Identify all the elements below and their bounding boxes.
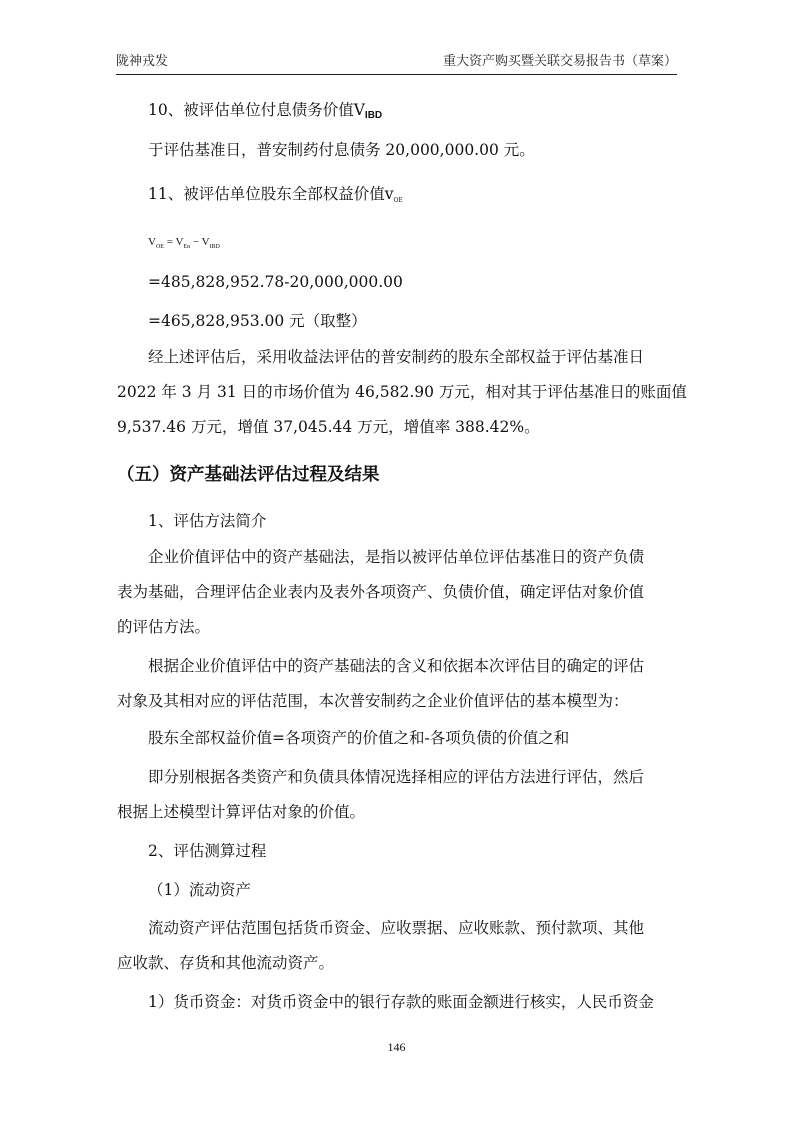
subheading-1: 1、评估方法简介 xyxy=(148,511,266,531)
para1-line-1: 企业价值评估中的资产基础法，是指以被评估单位评估基准日的资产负债 xyxy=(148,547,644,567)
header-report-title: 重大资产购买暨关联交易报告书（草案） xyxy=(443,52,677,72)
section-heading: （五）资产基础法评估过程及结果 xyxy=(117,463,380,487)
para3-line-2: 根据上述模型计算评估对象的价值。 xyxy=(117,802,365,822)
summary-line-1: 经上述评估后，采用收益法评估的普安制药的股东全部权益于评估基准日 xyxy=(148,347,644,367)
para2-line-1: 根据企业价值评估中的资产基础法的含义和依据本次评估目的确定的评估 xyxy=(148,656,644,676)
para1-line-2: 表为基础，合理评估企业表内及表外各项资产、负债价值，确定评估对象价值 xyxy=(117,582,644,602)
item10-text: 于评估基准日，普安制药付息债务 20,000,000.00 元。 xyxy=(148,140,535,160)
summary-line-2: 2022 年 3 月 31 日的市场价值为 46,582.90 万元，相对其于评… xyxy=(117,382,687,402)
para3-line-1: 即分别根据各类资产和负债具体情况选择相应的评估方法进行评估，然后 xyxy=(148,767,644,787)
calc-line-1: =485,828,952.78-20,000,000.00 xyxy=(148,272,403,292)
model-formula: 股东全部权益价值=各项资产的价值之和-各项负债的价值之和 xyxy=(148,728,569,748)
subheading-2-1: （1）流动资产 xyxy=(148,880,251,900)
subheading-2: 2、评估测算过程 xyxy=(148,841,266,861)
para4-line-2: 应收款、存货和其他流动资产。 xyxy=(117,953,334,973)
formula: VOE = VEn − VIBD xyxy=(148,232,220,257)
item11-title: 11、被评估单位股东全部权益价值vOE xyxy=(148,184,403,211)
header-company: 陇神戎发 xyxy=(116,52,168,72)
para1-line-3: 的评估方法。 xyxy=(117,617,210,637)
summary-line-3: 9,537.46 万元，增值 37,045.44 万元，增值率 388.42%。 xyxy=(117,417,540,437)
page-number: 146 xyxy=(0,1040,793,1055)
page-header: 陇神戎发 重大资产购买暨关联交易报告书（草案） xyxy=(116,52,677,75)
para5-line-1: 1）货币资金：对货币资金中的银行存款的账面金额进行核实，人民币资金 xyxy=(148,992,654,1012)
para2-line-2: 对象及其相对应的评估范围，本次普安制药之企业价值评估的基本模型为： xyxy=(117,691,629,711)
para4-line-1: 流动资产评估范围包括货币资金、应收票据、应收账款、预付款项、其他 xyxy=(148,918,644,938)
calc-line-2: =465,828,953.00 元（取整） xyxy=(148,311,367,331)
item10-title: 10、被评估单位付息债务价值VIBD xyxy=(148,100,382,126)
